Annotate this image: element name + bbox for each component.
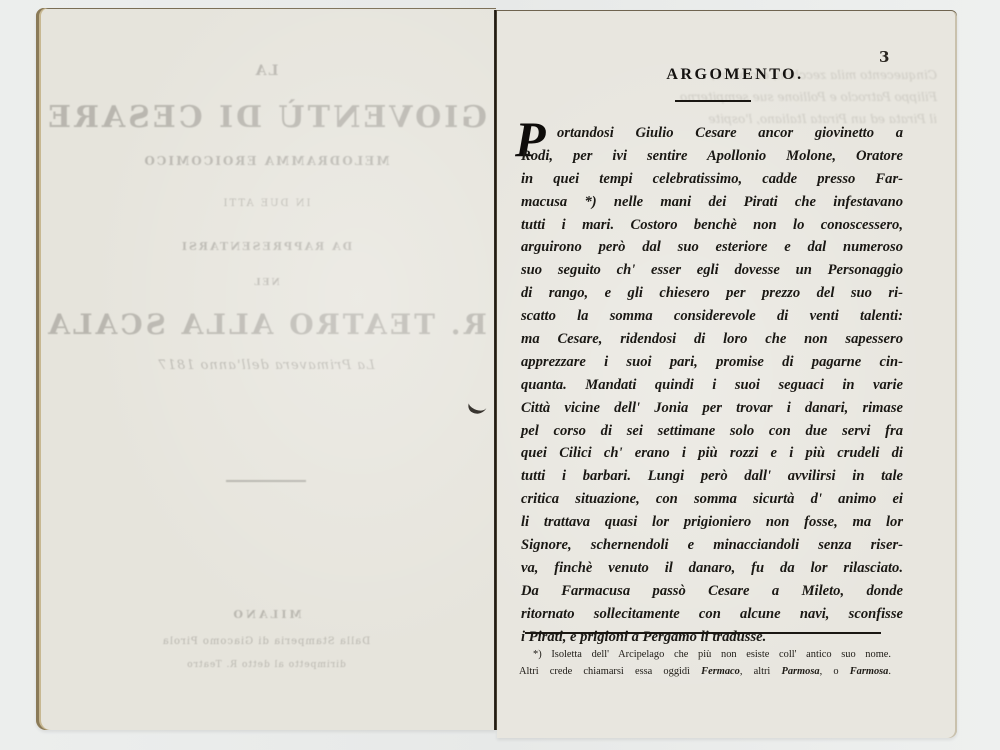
bleed-line: LA [36,63,496,79]
footnote-text: Altri crede chiamarsi essa oggidì [519,666,701,677]
footnote-place-name: Farmosa [850,666,889,677]
bleed-line: MILANO [36,608,496,621]
heading-underline [675,100,751,102]
bleed-line: IN DUE ATTI [36,198,496,209]
section-heading: ARGOMENTO. [555,66,915,84]
footnote: *) Isoletta dell' Arcipelago che più non… [519,646,891,680]
text-line: va, finchè venuto il danaro, fu da lor r… [521,557,903,580]
footnote-text: , o [820,666,850,677]
bleed-line: R. TEATRO ALLA SCALA [36,308,496,341]
footnote-divider [525,632,881,634]
text-line: tutti i barbari. Lungi però dall' avvili… [521,465,903,488]
right-page: Cinquecento mila zecchini, dicevano, Fil… [497,10,957,738]
bleed-line: MELODRAMMA EROICOMICO [36,154,496,168]
text-line: suo seguito ch' esser egli dovesse un Pe… [521,259,903,282]
text-line: Città vicine dell' Jonia per trovar i da… [521,397,903,420]
page-number: 3 [879,48,889,66]
text-line: critica situazione, con somma sicurtà d'… [521,488,903,511]
text-line: arguirono però dal suo esteriore e dal n… [521,236,903,259]
text-line: di rango, e gli chiesero per prezzo del … [521,282,903,305]
text-line: ritornato sollecitamente con alcune navi… [521,603,903,626]
text-line: macusa *) nelle mani dei Pirati che infe… [521,191,903,214]
text-line: quei Cilici ch' erano i più rozzi e i pi… [521,442,903,465]
text-line: apprezzare i suoi pari, promise di pagar… [521,351,903,374]
title-page-bleed-through: LA GIOVENTÙ DI CESARE MELODRAMMA EROICOM… [36,8,496,730]
bleed-line: Dalla Stamperia di Giacomo Pirola [36,636,496,647]
text-line: ortandosi Giulio Cesare ancor giovinetto… [521,122,903,145]
footnote-place-name: Parmosa [781,666,819,677]
left-page: LA GIOVENTÙ DI CESARE MELODRAMMA EROICOM… [36,8,496,730]
text-line: scatto la somma considerevole di venti t… [521,305,903,328]
argument-paragraph: ortandosi Giulio Cesare ancor giovinetto… [521,122,903,648]
text-line: in quei tempi celebratissimo, cadde pres… [521,168,903,191]
text-line: Signore, schernendoli e minacciandoli se… [521,534,903,557]
text-line: Da Farmacusa passò Cesare a Mileto, dond… [521,580,903,603]
footnote-line: *) Isoletta dell' Arcipelago che più non… [519,646,891,663]
text-line: tutti i mari. Costoro benchè non lo cono… [521,214,903,237]
bleed-divider [226,480,306,482]
bleed-line: NEL [36,278,496,288]
text-line: quanta. Mandati quindi i suoi seguaci in… [521,374,903,397]
footnote-place-name: Fermaco [701,666,740,677]
text-line: ma Cesare, ridendosi di loro che non sap… [521,328,903,351]
footnote-line: Altri crede chiamarsi essa oggidì Fermac… [519,663,891,680]
text-line: pel corso di sei settimane solo con due … [521,420,903,443]
text-line: li trattava quasi lor prigioniero non fo… [521,511,903,534]
bleed-line: La Primavera dell'anno 1817 [36,358,496,373]
book-spread: LA GIOVENTÙ DI CESARE MELODRAMMA EROICOM… [0,0,1000,750]
footnote-text: . [888,666,891,677]
text-line: Rodi, per ivi sentire Apollonio Molone, … [521,145,903,168]
bleed-line: dirimpetto al detto R. Teatro [36,660,496,670]
bleed-line: GIOVENTÙ DI CESARE [36,100,496,135]
footnote-text: , altri [740,666,782,677]
bleed-line: DA RAPPRESENTARSI [36,240,496,253]
